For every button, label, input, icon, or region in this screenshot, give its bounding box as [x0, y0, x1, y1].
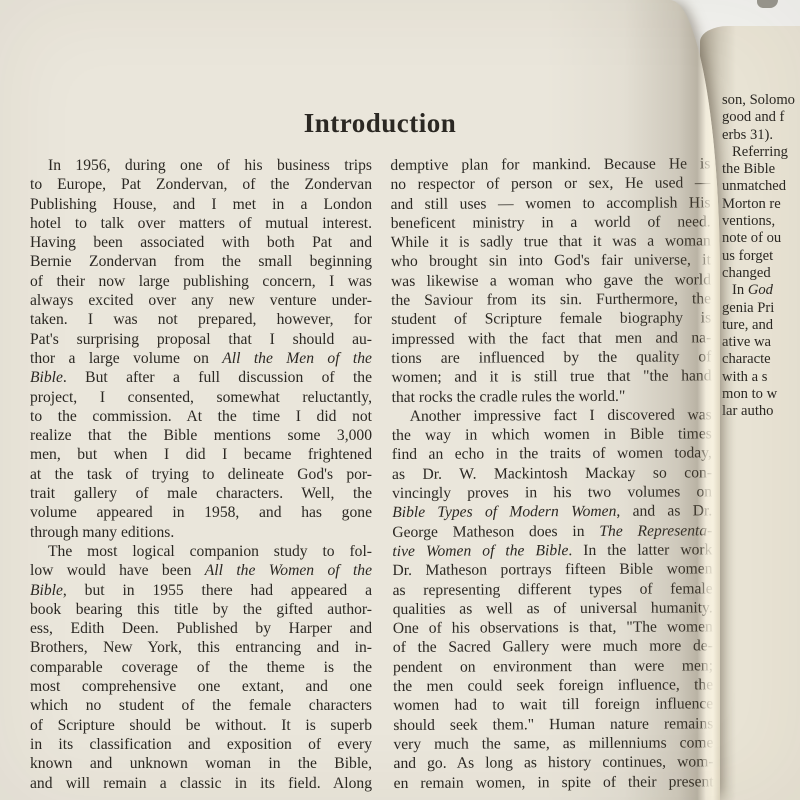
text-line: men, but when I did I became frightened — [30, 445, 372, 464]
text-line: and go. As long as history continues, wo… — [393, 753, 713, 774]
text-line: Publishing House, and I met in a London — [30, 195, 372, 214]
text-line: project, I consented, somewhat reluctant… — [30, 388, 372, 407]
text-line: Bible. But after a full discussion of th… — [30, 368, 372, 387]
backdrop-page-edge-mark — [757, 0, 778, 8]
text-line: find an echo in the traits of women toda… — [392, 444, 712, 465]
text-line: pendent on environment than were men; — [393, 656, 713, 677]
text-line: Morton re — [722, 196, 800, 213]
text-line: the men could seek foreign influence, th… — [393, 675, 713, 696]
text-line: While it is sadly true that it was a wom… — [391, 232, 711, 253]
text-line: Bernie Zondervan from the small beginnin… — [30, 252, 372, 271]
text-line: unmatched — [722, 178, 800, 195]
text-line: of their now large publishing concern, I… — [30, 272, 372, 291]
text-line: the Saviour from its sin. Furthermore, t… — [391, 289, 711, 310]
text-line: changed — [722, 265, 800, 282]
text-line: en remain women, in spite of their prese… — [394, 772, 714, 793]
text-line: very much the same, as millenniums come — [393, 733, 713, 754]
text-line: erbs 31). — [722, 127, 800, 144]
text-line: to the commission. At the time I did not — [30, 407, 372, 426]
text-line: Pat's surprising proposal that I should … — [30, 330, 372, 349]
text-line: Bible Types of Modern Women, and as Dr. — [392, 502, 712, 523]
text-line: George Matheson does in The Representa- — [392, 521, 712, 542]
text-line: through many editions. — [30, 523, 372, 542]
text-line: ture, and — [722, 317, 800, 334]
text-line: ventions, — [722, 213, 800, 230]
text-line: student of Scripture female biography is — [391, 309, 711, 330]
text-line: and will remain a classic in its field. … — [30, 774, 372, 793]
text-line: always excited over any new venture unde… — [30, 291, 372, 310]
text-line: to Europe, Pat Zondervan, of the Zonderv… — [30, 175, 372, 194]
text-line: and still uses — women to accomplish His — [391, 193, 711, 214]
text-line: book bearing this title by the gifted au… — [30, 600, 372, 619]
text-line: of the Sacred Gallery were much more de- — [393, 637, 713, 658]
text-line: The most logical companion study to fol- — [30, 542, 372, 561]
text-line: as Dr. W. Mackintosh Mackay so con- — [392, 463, 712, 484]
text-line: thor a large volume on All the Men of th… — [30, 349, 372, 368]
text-line: which no student of the female character… — [30, 696, 372, 715]
text-line: note of ou — [722, 230, 800, 247]
text-line: Dr. Matheson portrays fifteen Bible wome… — [392, 560, 712, 581]
middle-text-column: demptive plan for mankind. Because He is… — [390, 154, 713, 792]
text-line: as representing different types of femal… — [393, 579, 713, 600]
text-line: ess, Edith Deen. Published by Harper and — [30, 619, 372, 638]
text-line: tive Women of the Bible. In the latter w… — [392, 540, 712, 561]
text-line: mon to w — [722, 386, 800, 403]
text-line: trait gallery of male characters. Well, … — [30, 484, 372, 503]
text-line: taken. I was not prepared, however, for — [30, 310, 372, 329]
text-line: tions are influenced by the quality of — [391, 347, 711, 368]
text-line: with a s — [722, 369, 800, 386]
text-line: Another impressive fact I discovered was — [392, 405, 712, 426]
left-book-page: Introduction In 1956, during one of his … — [0, 0, 720, 800]
text-line: Having been associated with both Pat and — [30, 233, 372, 252]
chapter-title: Introduction — [50, 106, 710, 140]
text-line: at the task of trying to delineate God's… — [30, 465, 372, 484]
text-line: impressed with the fact that men and na- — [391, 328, 711, 349]
text-line: us forget — [722, 248, 800, 265]
text-line: who brought sin into God's fair universe… — [391, 251, 711, 272]
text-line: hotel to talk over matters of mutual int… — [30, 214, 372, 233]
text-line: vincingly proves in his two volumes on — [392, 482, 712, 503]
text-line: characte — [722, 351, 800, 368]
left-text-column: In 1956, during one of his business trip… — [30, 156, 372, 793]
text-line: was likewise a woman who gave the world — [391, 270, 711, 291]
text-line: One of his observations is that, "The wo… — [393, 617, 713, 638]
text-line: known and unknown woman in the Bible, — [30, 754, 372, 773]
text-line: the way in which women in Bible times — [392, 424, 712, 445]
text-line: In God — [722, 282, 800, 299]
text-line: Bible, but in 1955 there had appeared a — [30, 581, 372, 600]
text-line: good and f — [722, 109, 800, 126]
text-line: the Bible — [722, 161, 800, 178]
text-line: Brothers, New York, this entrancing and … — [30, 638, 372, 657]
text-line: Referring — [722, 144, 800, 161]
text-line: realize that the Bible mentions some 3,0… — [30, 426, 372, 445]
text-line: qualities as well as of universal humani… — [393, 598, 713, 619]
text-line: of Scripture should be without. It is su… — [30, 716, 372, 735]
text-line: low would have been All the Women of the — [30, 561, 372, 580]
text-line: comparable coverage of the theme is the — [30, 658, 372, 677]
text-line: women had to wait till foreign influence — [393, 695, 713, 716]
text-line: ative wa — [722, 334, 800, 351]
text-line: genia Pri — [722, 300, 800, 317]
text-line: no respector of person or sex, He used — — [390, 174, 710, 195]
text-line: women; and it is still true that "the ha… — [391, 367, 711, 388]
text-line: in its classification and exposition of … — [30, 735, 372, 754]
text-line: beneficent ministry in a world of need. — [391, 212, 711, 233]
text-line: that rocks the cradle rules the world." — [392, 386, 712, 407]
open-book-photo: son, Solomogood and ferbs 31).Referringt… — [0, 0, 800, 800]
text-line: In 1956, during one of his business trip… — [30, 156, 372, 175]
text-line: son, Solomo — [722, 92, 800, 109]
text-line: should seek them." Human nature remains — [393, 714, 713, 735]
right-page-text-column: son, Solomogood and ferbs 31).Referringt… — [722, 92, 800, 421]
text-line: lar autho — [722, 403, 800, 420]
text-line: volume appeared in 1958, and has gone — [30, 503, 372, 522]
text-line: most comprehensive one extant, and one — [30, 677, 372, 696]
text-line: demptive plan for mankind. Because He is — [390, 154, 710, 175]
